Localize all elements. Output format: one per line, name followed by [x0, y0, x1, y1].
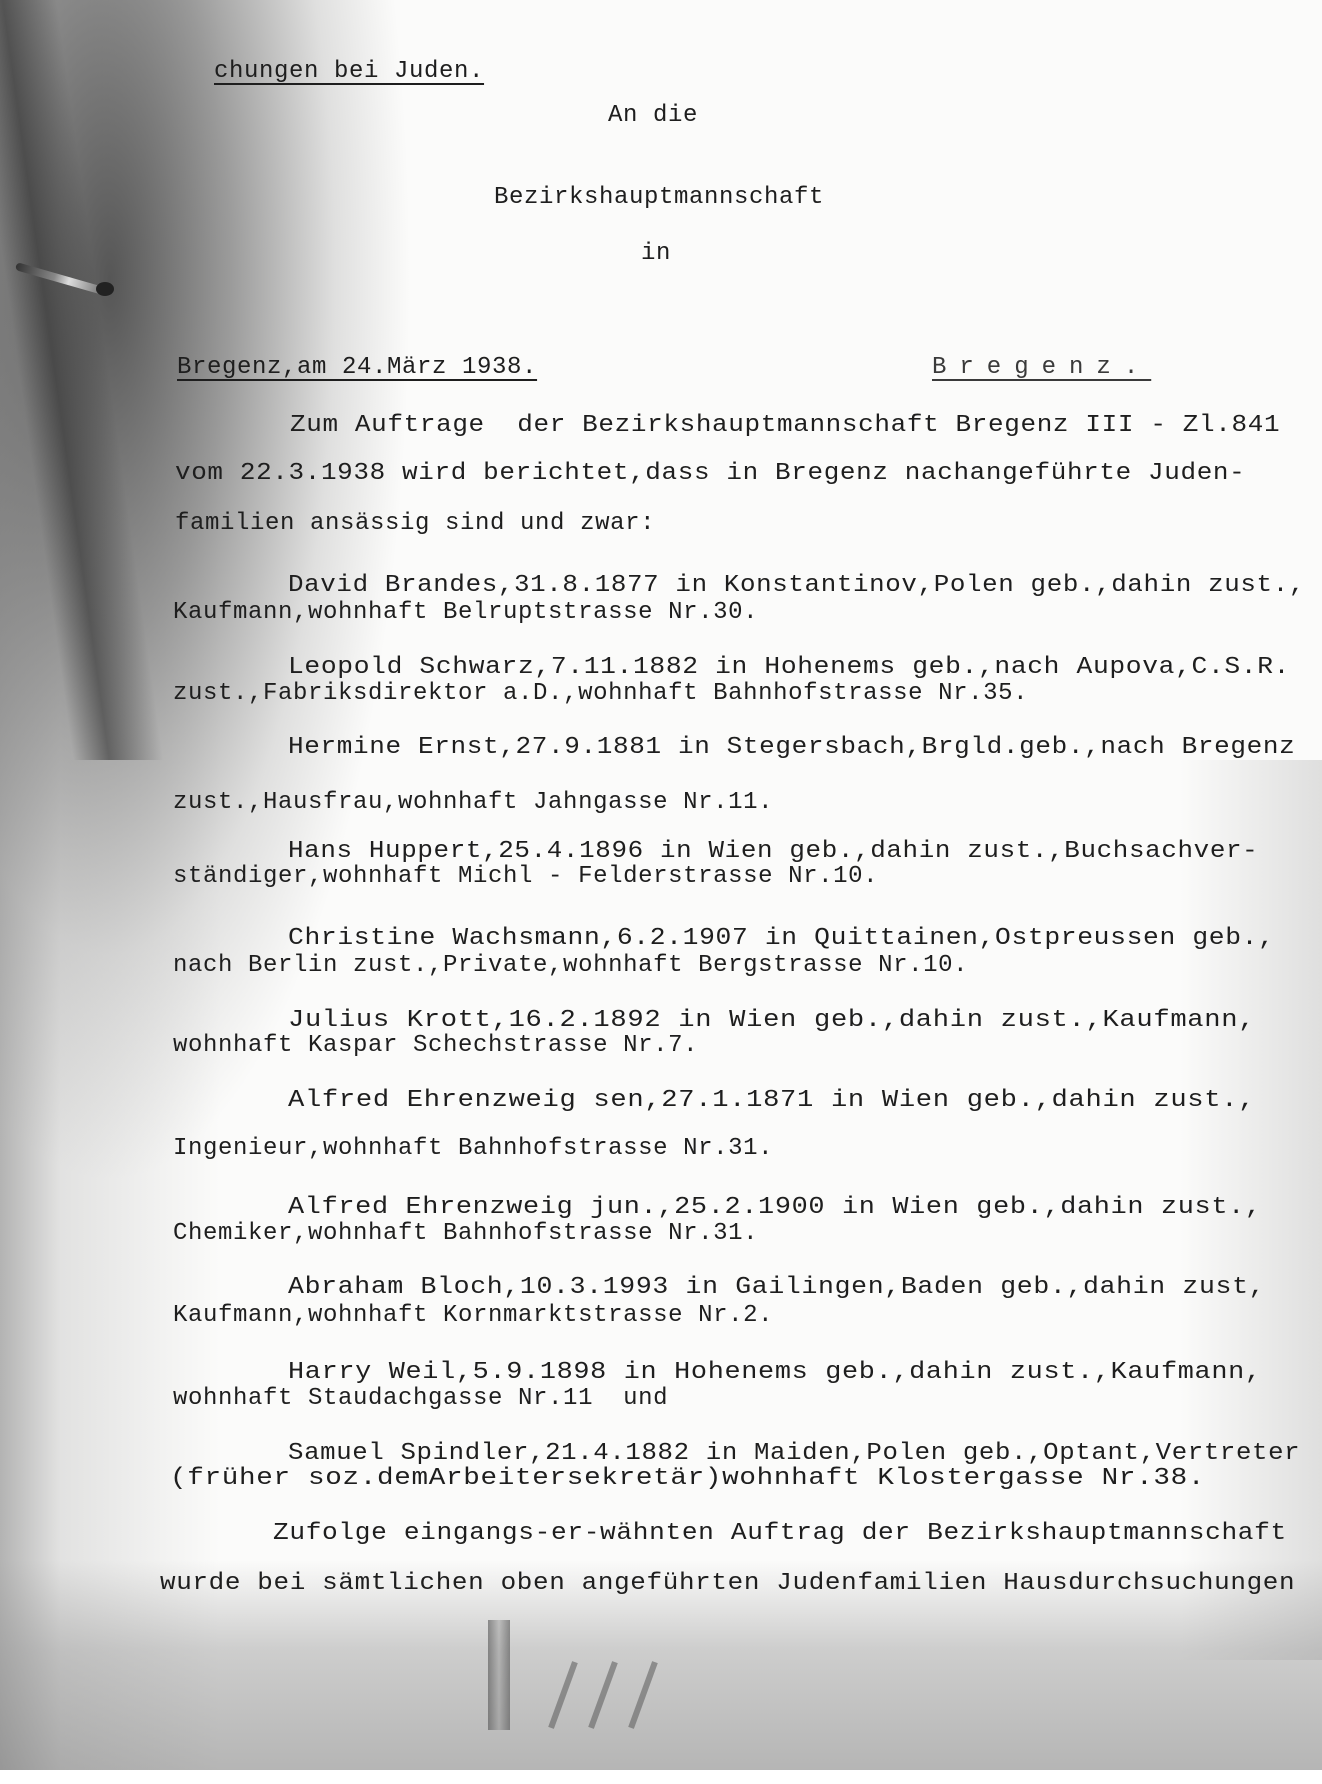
stamp-mark	[488, 1620, 510, 1730]
page-bottom-edge	[0, 1770, 1322, 1784]
list-item-2-line-1: Leopold Schwarz,7.11.1882 in Hohenems ge…	[288, 656, 1290, 680]
list-item-1-line-2: Kaufmann,wohnhaft Belruptstrasse Nr.30.	[173, 601, 758, 625]
destination-city: Bregenz.	[932, 356, 1151, 380]
subject-line: chungen bei Juden.	[214, 60, 484, 84]
list-item-6-line-1: Julius Krott,16.2.1892 in Wien geb.,dahi…	[288, 1009, 1255, 1033]
scanned-document-page: chungen bei Juden. An die Bezirkshauptma…	[0, 0, 1322, 1784]
list-item-5-line-1: Christine Wachsmann,6.2.1907 in Quittain…	[288, 927, 1275, 951]
list-item-3-line-1: Hermine Ernst,27.9.1881 in Stegersbach,B…	[288, 736, 1295, 760]
addressee-line-1: An die	[608, 104, 698, 128]
list-item-11-line-2: (früher soz.demArbeitersekretär)wohnhaft…	[170, 1467, 1205, 1491]
binder-clip-end-icon	[96, 282, 114, 296]
list-item-4-line-1: Hans Huppert,25.4.1896 in Wien geb.,dahi…	[288, 840, 1258, 864]
list-item-7-line-1: Alfred Ehrenzweig sen,27.1.1871 in Wien …	[288, 1089, 1255, 1113]
list-item-9-line-2: Kaufmann,wohnhaft Kornmarktstrasse Nr.2.	[173, 1304, 773, 1328]
closing-line-1: Zufolge eingangs-er-wähnten Auftrag der …	[273, 1522, 1287, 1546]
addressee-line-2: Bezirkshauptmannschaft	[494, 186, 824, 210]
intro-line-3: familien ansässig sind und zwar:	[175, 512, 655, 536]
list-item-6-line-2: wohnhaft Kaspar Schechstrasse Nr.7.	[173, 1034, 698, 1058]
list-item-1-line-1: David Brandes,31.8.1877 in Konstantinov,…	[288, 574, 1305, 598]
intro-line-2: vom 22.3.1938 wird berichtet,dass in Bre…	[175, 462, 1245, 486]
list-item-3-line-2: zust.,Hausfrau,wohnhaft Jahngasse Nr.11.	[173, 791, 773, 815]
list-item-8-line-2: Chemiker,wohnhaft Bahnhofstrasse Nr.31.	[173, 1222, 758, 1246]
list-item-8-line-1: Alfred Ehrenzweig jun.,25.2.1900 in Wien…	[288, 1196, 1262, 1220]
list-item-4-line-2: ständiger,wohnhaft Michl - Felderstrasse…	[173, 865, 878, 889]
list-item-11-line-1: Samuel Spindler,21.4.1882 in Maiden,Pole…	[288, 1442, 1300, 1466]
closing-line-2: wurde bei sämtlichen oben angeführten Ju…	[160, 1572, 1295, 1596]
list-item-5-line-2: nach Berlin zust.,Private,wohnhaft Bergs…	[173, 954, 968, 978]
list-item-7-line-2: Ingenieur,wohnhaft Bahnhofstrasse Nr.31.	[173, 1137, 773, 1161]
list-item-10-line-2: wohnhaft Staudachgasse Nr.11 und	[173, 1387, 668, 1411]
addressee-line-3: in	[641, 242, 671, 266]
list-item-2-line-2: zust.,Fabriksdirektor a.D.,wohnhaft Bahn…	[173, 682, 1028, 706]
list-item-10-line-1: Harry Weil,5.9.1898 in Hohenems geb.,dah…	[288, 1361, 1262, 1385]
place-date: Bregenz,am 24.März 1938.	[177, 356, 537, 380]
intro-line-1: Zum Auftrage der Bezirkshauptmannschaft …	[290, 414, 1280, 438]
list-item-9-line-1: Abraham Bloch,10.3.1993 in Gailingen,Bad…	[288, 1276, 1265, 1300]
